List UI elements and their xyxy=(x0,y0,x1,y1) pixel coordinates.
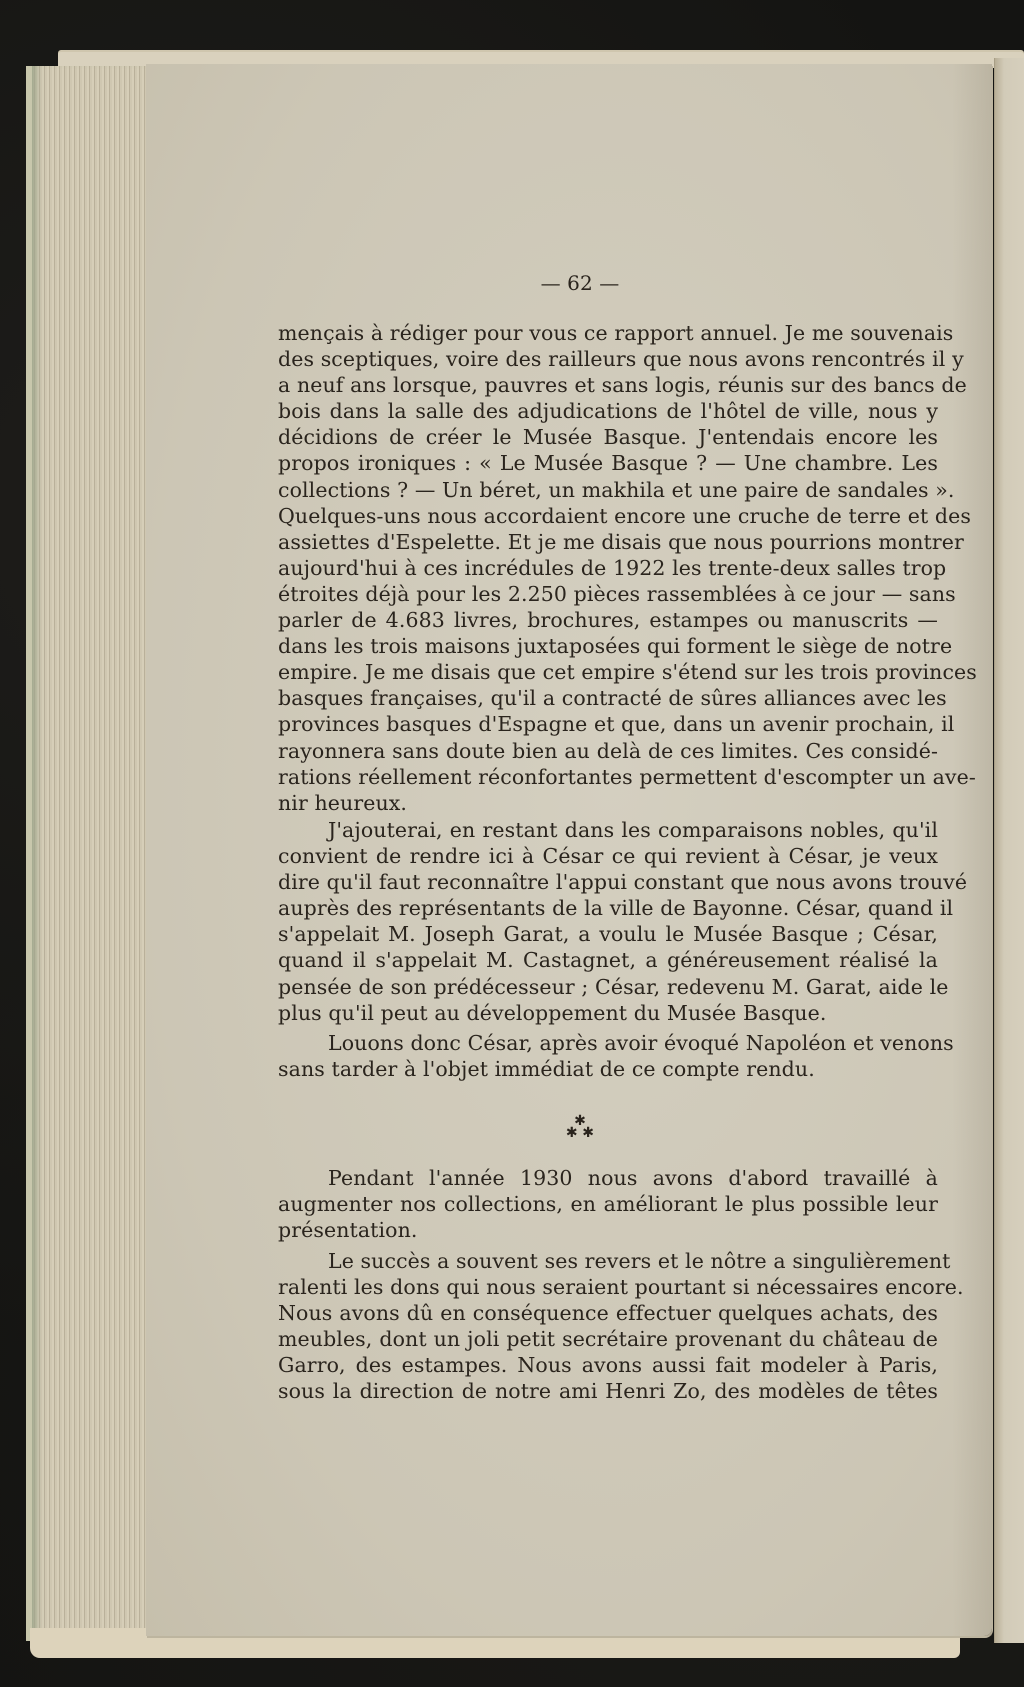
paragraph: Pendant l'année 1930 nous avons d'abord … xyxy=(278,1165,938,1243)
text-line: aujourd'hui à ces incrédules de 1922 les… xyxy=(278,555,938,581)
text-line: sans tarder à l'objet immédiat de ce com… xyxy=(278,1056,938,1082)
text-line: auprès des représentants de la ville de … xyxy=(278,895,938,921)
text-line: collections ? — Un béret, un makhila et … xyxy=(278,477,938,503)
text-line: assiettes d'Espelette. Et je me disais q… xyxy=(278,529,938,555)
text-line: s'appelait M. Joseph Garat, a voulu le M… xyxy=(278,921,938,947)
text-line: dire qu'il faut reconnaître l'appui cons… xyxy=(278,869,938,895)
text-line: Pendant l'année 1930 nous avons d'abord … xyxy=(278,1165,938,1191)
text-line: Quelques-uns nous accordaient encore une… xyxy=(278,503,938,529)
text-line: provinces basques d'Espagne et que, dans… xyxy=(278,711,938,737)
paragraph: Le succès a souvent ses revers et le nôt… xyxy=(278,1248,938,1405)
text-line: dans les trois maisons juxtaposées qui f… xyxy=(278,633,938,659)
text-line: basques françaises, qu'il a contracté de… xyxy=(278,685,938,711)
text-line: nir heureux. xyxy=(278,790,938,816)
text-line: empire. Je me disais que cet empire s'ét… xyxy=(278,659,938,685)
text-line: présentation. xyxy=(278,1217,938,1243)
text-line: Garro, des estampes. Nous avons aussi fa… xyxy=(278,1352,938,1378)
text-line: étroites déjà pour les 2.250 pièces rass… xyxy=(278,581,938,607)
text-line: quand il s'appelait M. Castagnet, a géné… xyxy=(278,947,938,973)
text-line: des sceptiques, voire des railleurs que … xyxy=(278,346,938,372)
text-line: augmenter nos collections, en améliorant… xyxy=(278,1191,938,1217)
text-line: plus qu'il peut au développement du Musé… xyxy=(278,1000,938,1026)
text-line: propos ironiques : « Le Musée Basque ? —… xyxy=(278,450,938,476)
text-line: bois dans la salle des adjudications de … xyxy=(278,398,938,424)
text-line: Louons donc César, après avoir évoqué Na… xyxy=(278,1030,938,1056)
paragraph: mençais à rédiger pour vous ce rapport a… xyxy=(278,320,938,816)
text-line: rayonnera sans doute bien au delà de ces… xyxy=(278,738,938,764)
text-line: Le succès a souvent ses revers et le nôt… xyxy=(278,1248,938,1274)
text-line: convient de rendre ici à César ce qui re… xyxy=(278,843,938,869)
text-line: sous la direction de notre ami Henri Zo,… xyxy=(278,1378,938,1404)
text-line: Nous avons dû en conséquence effectuer q… xyxy=(278,1300,938,1326)
text-line: pensée de son prédécesseur ; César, rede… xyxy=(278,974,938,1000)
text-line: meubles, dont un joli petit secrétaire p… xyxy=(278,1326,938,1352)
text-line: ralenti les dons qui nous seraient pourt… xyxy=(278,1274,938,1300)
paragraph: Louons donc César, après avoir évoqué Na… xyxy=(278,1030,938,1082)
text-line: parler de 4.683 livres, brochures, estam… xyxy=(278,607,938,633)
paragraph: J'ajouterai, en restant dans les compara… xyxy=(278,817,938,1026)
page-number: — 62 — xyxy=(250,270,910,296)
next-page-edge xyxy=(994,58,1024,1643)
text-line: mençais à rédiger pour vous ce rapport a… xyxy=(278,320,938,346)
section-separator-asterism: ✱ ✱ ✱ xyxy=(250,1115,910,1139)
text-line: décidions de créer le Musée Basque. J'en… xyxy=(278,424,938,450)
text-line: rations réellement réconfortantes permet… xyxy=(278,764,938,790)
text-line: a neuf ans lorsque, pauvres et sans logi… xyxy=(278,372,938,398)
text-line: J'ajouterai, en restant dans les compara… xyxy=(278,817,938,843)
page-stack-edges xyxy=(26,66,156,1641)
asterism-bottom-stars: ✱ ✱ xyxy=(250,1127,910,1139)
